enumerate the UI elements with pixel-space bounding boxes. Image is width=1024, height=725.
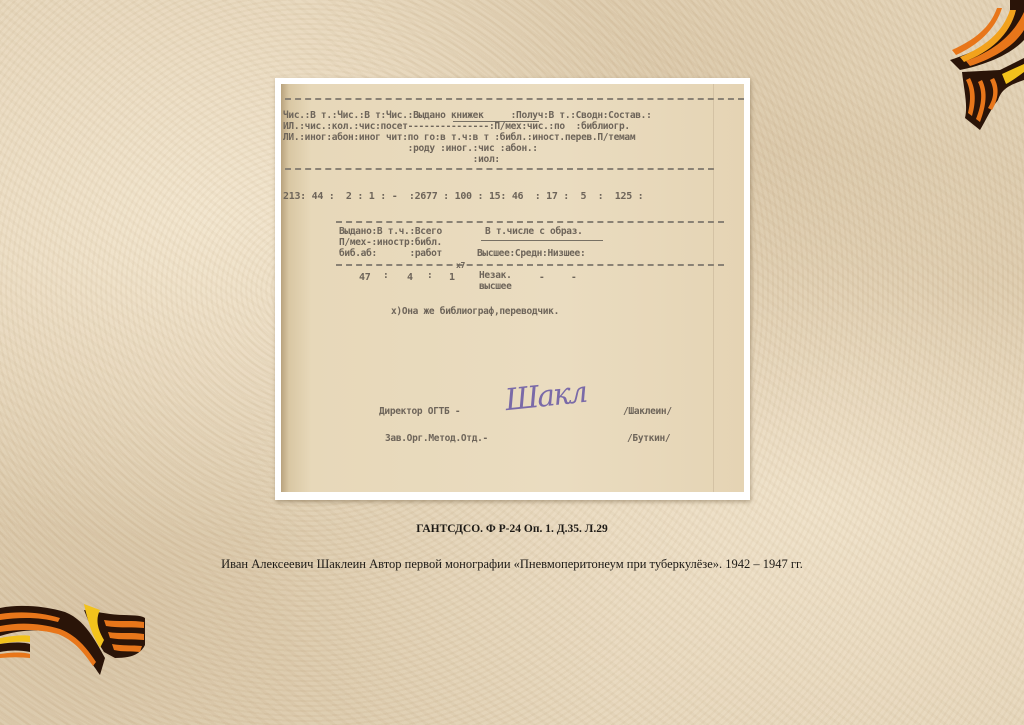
deputy-role: Зав.Орг.Метод.Отд.- xyxy=(385,433,488,444)
table-header-line-3: ЛИ.:иног:абон:иног чит:по го:в т.ч:в т :… xyxy=(283,132,635,143)
table-header-line-1: Чис.:В т.:Чис.:В т:Чис.:Выдано книжек :П… xyxy=(283,110,652,121)
handwritten-signature: Шакл xyxy=(503,375,587,418)
table-header-line-2: ИЛ.:чис.:кол.:чис:посет---------------:П… xyxy=(283,121,630,132)
second-table-header-3: биб.аб: :работ xyxy=(339,248,442,259)
table-header-line-4: :роду :иног.:чис :абон.: xyxy=(283,143,538,154)
second-table-value-secondary: - xyxy=(539,272,544,283)
second-table-header-1: Выдано:В т.ч.:Всего xyxy=(339,226,442,237)
director-role: Директор ОГТБ - xyxy=(379,406,460,417)
second-table-subheader-cols: Высшее:Средн:Низшее: xyxy=(477,248,585,259)
paper-fold-line xyxy=(713,84,714,492)
deputy-name: /Буткин/ xyxy=(627,433,670,444)
second-table-header-2: П/мех-:иностр:библ. xyxy=(339,237,442,248)
table-values-row: 213: 44 : 2 : 1 : - :2677 : 100 : 15: 46… xyxy=(283,191,643,202)
archive-reference-caption: ГАНТСДСО. Ф Р-24 Оп. 1. Д.35. Л.29 xyxy=(0,523,1024,535)
typewritten-report: Чис.:В т.:Чис.:В т:Чис.:Выдано книжек :П… xyxy=(281,84,744,492)
archival-document-photo: Чис.:В т.:Чис.:В т:Чис.:Выдано книжек :П… xyxy=(275,78,750,500)
footnote-mark: х7 xyxy=(456,260,465,271)
st-george-ribbon-top-right xyxy=(940,0,1024,135)
footnote-text: х)Она же библиограф,переводчик. xyxy=(391,306,559,317)
photo-description-caption: Иван Алексеевич Шаклеин Автор первой мон… xyxy=(0,557,1024,572)
second-table-value-issued: 47 xyxy=(359,272,370,283)
second-table-value-total: 1 xyxy=(449,272,455,283)
second-table-value-lower: - xyxy=(571,272,576,283)
second-table-value-education: Незак. высшее xyxy=(479,270,527,292)
director-name: /Шаклеин/ xyxy=(623,406,672,417)
column-separator: : xyxy=(427,270,432,281)
column-separator: : xyxy=(383,270,388,281)
table-header-line-5: :иол: xyxy=(283,154,500,165)
st-george-ribbon-bottom-left xyxy=(0,600,150,680)
second-table-subheader-title: В т.числе с образ. xyxy=(485,226,583,237)
second-table-value-foreign: 4 xyxy=(407,272,413,283)
